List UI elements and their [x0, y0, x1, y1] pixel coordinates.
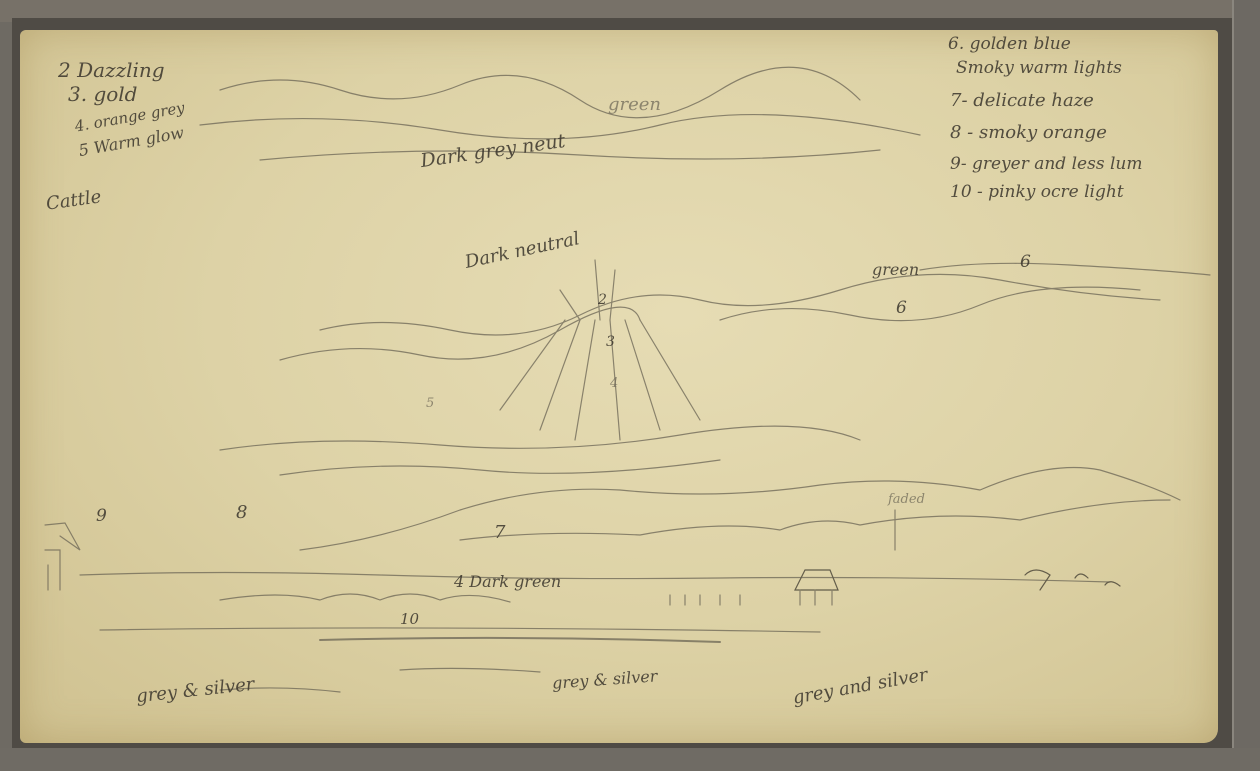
legend-left-item: 2 Dazzling [58, 58, 165, 82]
legend-right-item: Smoky warm lights [956, 58, 1122, 78]
number-2: 2 [598, 292, 607, 308]
number-3: 3 [606, 334, 615, 350]
number-9: 9 [96, 506, 107, 526]
label-dark-green: 4 Dark green [454, 572, 561, 591]
frame-mat-bottom [0, 748, 1260, 771]
frame-mat-right [1232, 0, 1260, 771]
label-green-sky: green [608, 94, 661, 115]
number-10: 10 [400, 610, 419, 628]
number-4: 4 [610, 376, 618, 391]
label-green-right: green [872, 260, 919, 279]
number-7: 7 [494, 522, 505, 543]
legend-right-item: 9- greyer and less lum [950, 154, 1142, 174]
number-5: 5 [426, 396, 434, 411]
legend-left-item: 3. gold [68, 82, 137, 106]
label-faded: faded [888, 492, 925, 507]
number-8: 8 [236, 502, 247, 523]
number-6a: 6 [1020, 252, 1031, 272]
number-6b: 6 [896, 298, 907, 318]
legend-right-item: 10 - pinky ocre light [950, 182, 1124, 202]
legend-right-item: 8 - smoky orange [950, 122, 1107, 143]
sketch-paper: 2 Dazzling 3. gold 4. orange grey 5 Warm… [20, 30, 1218, 743]
legend-right-item: 6. golden blue [948, 34, 1071, 54]
legend-right-item: 7- delicate haze [950, 90, 1094, 111]
